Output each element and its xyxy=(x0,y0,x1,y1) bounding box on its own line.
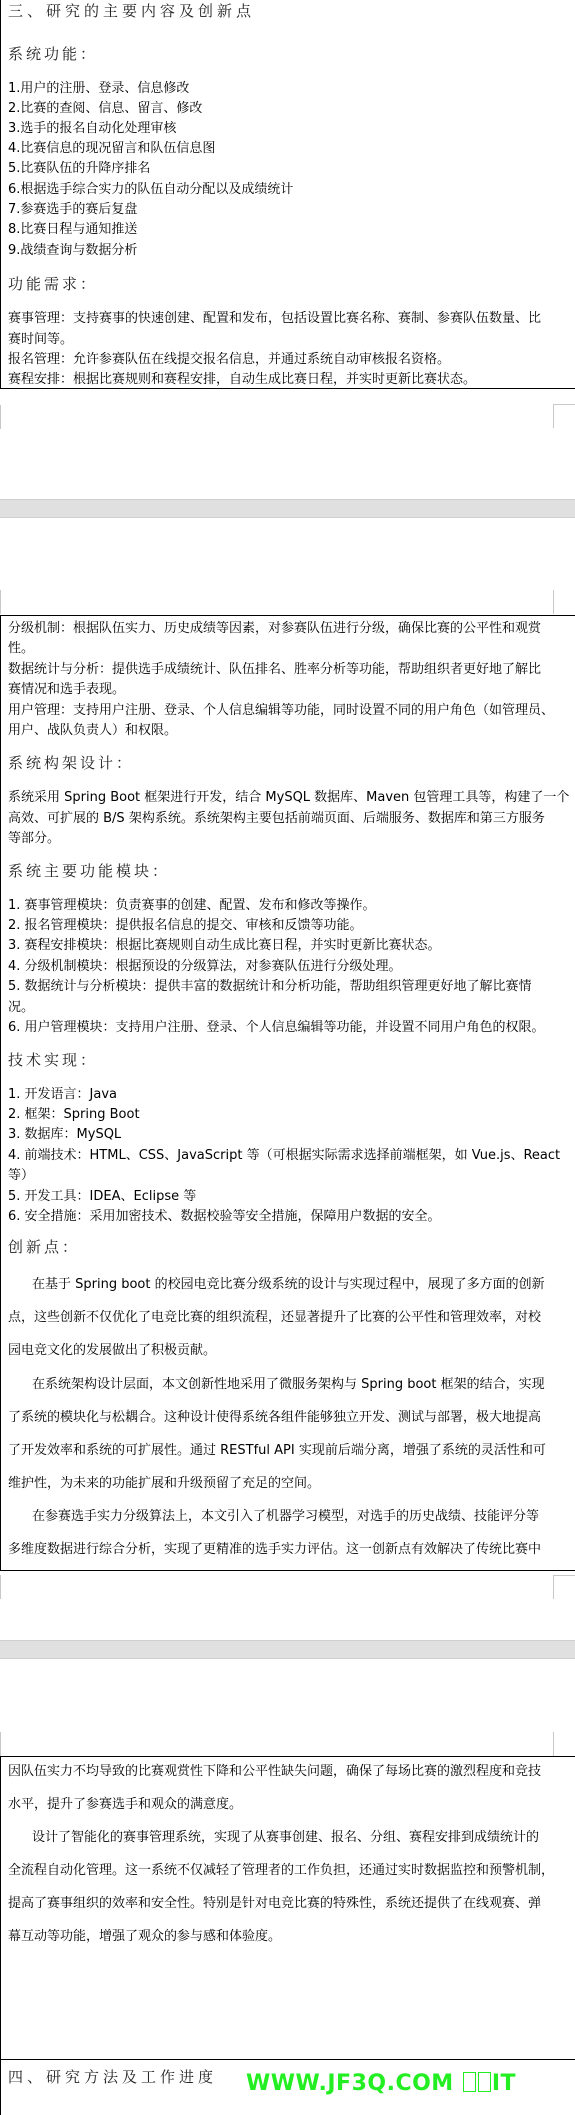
system-functions-heading: 系统功能： xyxy=(8,46,98,63)
requirement-line: 赛程安排：根据比赛规则和赛程安排，自动生成比赛日程，并实时更新比赛状态。 xyxy=(8,371,476,388)
function-item: 9.战绩查询与数据分析 xyxy=(8,242,137,259)
page-corner-mark xyxy=(553,590,575,614)
module-item: 1. 赛事管理模块：负责赛事的创建、配置、发布和修改等操作。 xyxy=(8,897,376,914)
page-corner-mark xyxy=(553,404,575,428)
watermark-text: WWW.JF3Q.COM xyxy=(246,2071,454,2096)
module-item: 6. 用户管理模块：支持用户注册、登录、个人信息编辑等功能，并设置不同用户角色的… xyxy=(8,1019,545,1036)
innovation-paragraph-line: 了系统的模块化与松耦合。这种设计使得系统各组件能够独立开发、测试与部署，极大地提… xyxy=(8,1409,541,1426)
requirement-line: 用户、战队负责人）和权限。 xyxy=(8,722,177,739)
watermark: WWW.JF3Q.COM IT xyxy=(246,2071,516,2096)
missing-glyph-icon xyxy=(478,2072,491,2092)
page-corner-mark xyxy=(0,590,1,614)
innovation-paragraph-line: 设计了智能化的赛事管理系统，实现了从赛事创建、报名、分组、赛程安排到成绩统计的 xyxy=(32,1829,539,1846)
architecture-line: 等部分。 xyxy=(8,830,60,847)
innovation-paragraph-line: 了开发效率和系统的可扩展性。通过 RESTful API 实现前后端分离，增强了… xyxy=(8,1442,546,1459)
function-item: 8.比赛日程与通知推送 xyxy=(8,221,137,238)
innovation-paragraph-line: 提高了赛事组织的效率和安全性。特别是针对电竞比赛的特殊性，系统还提供了在线观赛、… xyxy=(8,1895,541,1912)
innovation-paragraph-line: 幕互动等功能，增强了观众的参与感和体验度。 xyxy=(8,1928,281,1945)
tech-item: 6. 安全措施：采用加密技术、数据校验等安全措施，保障用户数据的安全。 xyxy=(8,1208,441,1225)
architecture-heading: 系统构架设计： xyxy=(8,755,134,772)
page-corner-mark xyxy=(0,1575,1,1599)
function-item: 3.选手的报名自动化处理审核 xyxy=(8,120,176,137)
page-corner-mark xyxy=(0,1732,1,1756)
innovation-paragraph-line: 维护性，为未来的功能扩展和升级预留了充足的空间。 xyxy=(8,1475,320,1492)
innovation-paragraph-line: 全流程自动化管理。这一系统不仅减轻了管理者的工作负担，还通过实时数据监控和预警机… xyxy=(8,1862,554,1879)
tech-item: 1. 开发语言：Java xyxy=(8,1086,117,1103)
innovation-paragraph-line: 点，这些创新不仅优化了电竞比赛的组织流程，还显著提升了比赛的公平性和管理效率，对… xyxy=(8,1309,541,1326)
requirement-line: 赛时间等。 xyxy=(8,331,73,348)
page-gap xyxy=(0,1572,575,1756)
tech-heading: 技术实现： xyxy=(8,1052,98,1069)
page-corner-mark xyxy=(0,405,1,429)
innovation-paragraph-line: 在参赛选手实力分级算法上，本文引入了机器学习模型，对选手的历史战绩、技能评分等 xyxy=(32,1508,539,1525)
architecture-line: 系统采用 Spring Boot 框架进行开发，结合 MySQL 数据库、Mav… xyxy=(8,789,569,806)
page-3: 因队伍实力不均导致的比赛观赏性下降和公平性缺失问题，确保了每场比赛的激烈程度和竞… xyxy=(0,1756,575,2115)
next-section-title: 四、研究方法及工作进度 xyxy=(8,2069,217,2086)
page-corner-mark xyxy=(553,1732,575,1756)
module-item: 4. 分级机制模块：根据预设的分级算法，对参赛队伍进行分级处理。 xyxy=(8,958,402,975)
function-item: 2.比赛的查阅、信息、留言、修改 xyxy=(8,100,202,117)
function-item: 4.比赛信息的现况留言和队伍信息图 xyxy=(8,140,215,157)
function-item: 5.比赛队伍的升降序排名 xyxy=(8,160,150,177)
section-title: 三、研究的主要内容及创新点 xyxy=(8,3,255,20)
innovation-paragraph-line: 水平，提升了参赛选手和观众的满意度。 xyxy=(8,1796,242,1813)
innovation-paragraph-line: 在系统架构设计层面，本文创新性地采用了微服务架构与 Spring boot 框架… xyxy=(32,1376,545,1393)
functional-requirements-heading: 功能需求： xyxy=(8,276,98,293)
page-gap xyxy=(0,390,575,616)
tech-item: 5. 开发工具：IDEA、Eclipse 等 xyxy=(8,1188,196,1205)
innovation-paragraph-line: 园电竞文化的发展做出了积极贡献。 xyxy=(8,1342,216,1359)
page-separator xyxy=(0,499,575,518)
page-separator xyxy=(0,1640,575,1659)
table-row-divider xyxy=(1,2059,575,2060)
requirement-line: 赛事管理：支持赛事的快速创建、配置和发布，包括设置比赛名称、赛制、参赛队伍数量、… xyxy=(8,310,541,327)
requirement-line: 分级机制：根据队伍实力、历史成绩等因素，对参赛队伍进行分级，确保比赛的公平性和观… xyxy=(8,620,541,637)
watermark-suffix: IT xyxy=(492,2071,516,2096)
tech-item: 等） xyxy=(8,1167,34,1184)
module-item: 5. 数据统计与分析模块：提供丰富的数据统计和分析功能，帮助组织管理更好地了解比… xyxy=(8,978,532,995)
page-1: 三、研究的主要内容及创新点 系统功能： 1.用户的注册、登录、信息修改 2.比赛… xyxy=(0,0,575,389)
module-item: 2. 报名管理模块：提供报名信息的提交、审核和反馈等功能。 xyxy=(8,917,363,934)
requirement-line: 性。 xyxy=(8,640,34,657)
requirement-line: 赛情况和选手表现。 xyxy=(8,681,125,698)
innovation-heading: 创新点： xyxy=(8,1239,80,1256)
requirement-line: 用户管理：支持用户注册、登录、个人信息编辑等功能，同时设置不同的用户角色（如管理… xyxy=(8,702,554,719)
page-2: 分级机制：根据队伍实力、历史成绩等因素，对参赛队伍进行分级，确保比赛的公平性和观… xyxy=(0,615,575,1571)
innovation-paragraph-line: 因队伍实力不均导致的比赛观赏性下降和公平性缺失问题，确保了每场比赛的激烈程度和竞… xyxy=(8,1763,541,1780)
tech-item: 2. 框架：Spring Boot xyxy=(8,1106,140,1123)
function-item: 1.用户的注册、登录、信息修改 xyxy=(8,80,189,97)
module-item: 况。 xyxy=(8,999,34,1016)
missing-glyph-icon xyxy=(463,2072,476,2092)
modules-heading: 系统主要功能模块： xyxy=(8,863,170,880)
requirement-line: 数据统计与分析：提供选手成绩统计、队伍排名、胜率分析等功能，帮助组织者更好地了解… xyxy=(8,661,541,678)
requirement-line: 报名管理：允许参赛队伍在线提交报名信息，并通过系统自动审核报名资格。 xyxy=(8,351,450,368)
function-item: 7.参赛选手的赛后复盘 xyxy=(8,201,137,218)
page-corner-mark xyxy=(553,1575,575,1599)
tech-item: 3. 数据库：MySQL xyxy=(8,1126,121,1143)
architecture-line: 高效、可扩展的 B/S 架构系统。系统架构主要包括前端页面、后端服务、数据库和第… xyxy=(8,810,545,827)
innovation-paragraph-line: 多维度数据进行综合分析，实现了更精准的选手实力评估。这一创新点有效解决了传统比赛… xyxy=(8,1541,541,1558)
innovation-paragraph-line: 在基于 Spring boot 的校园电竞比赛分级系统的设计与实现过程中，展现了… xyxy=(32,1276,545,1293)
function-item: 6.根据选手综合实力的队伍自动分配以及成绩统计 xyxy=(8,181,293,198)
module-item: 3. 赛程安排模块：根据比赛规则自动生成比赛日程，并实时更新比赛状态。 xyxy=(8,937,441,954)
tech-item: 4. 前端技术：HTML、CSS、JavaScript 等（可根据实际需求选择前… xyxy=(8,1147,560,1164)
